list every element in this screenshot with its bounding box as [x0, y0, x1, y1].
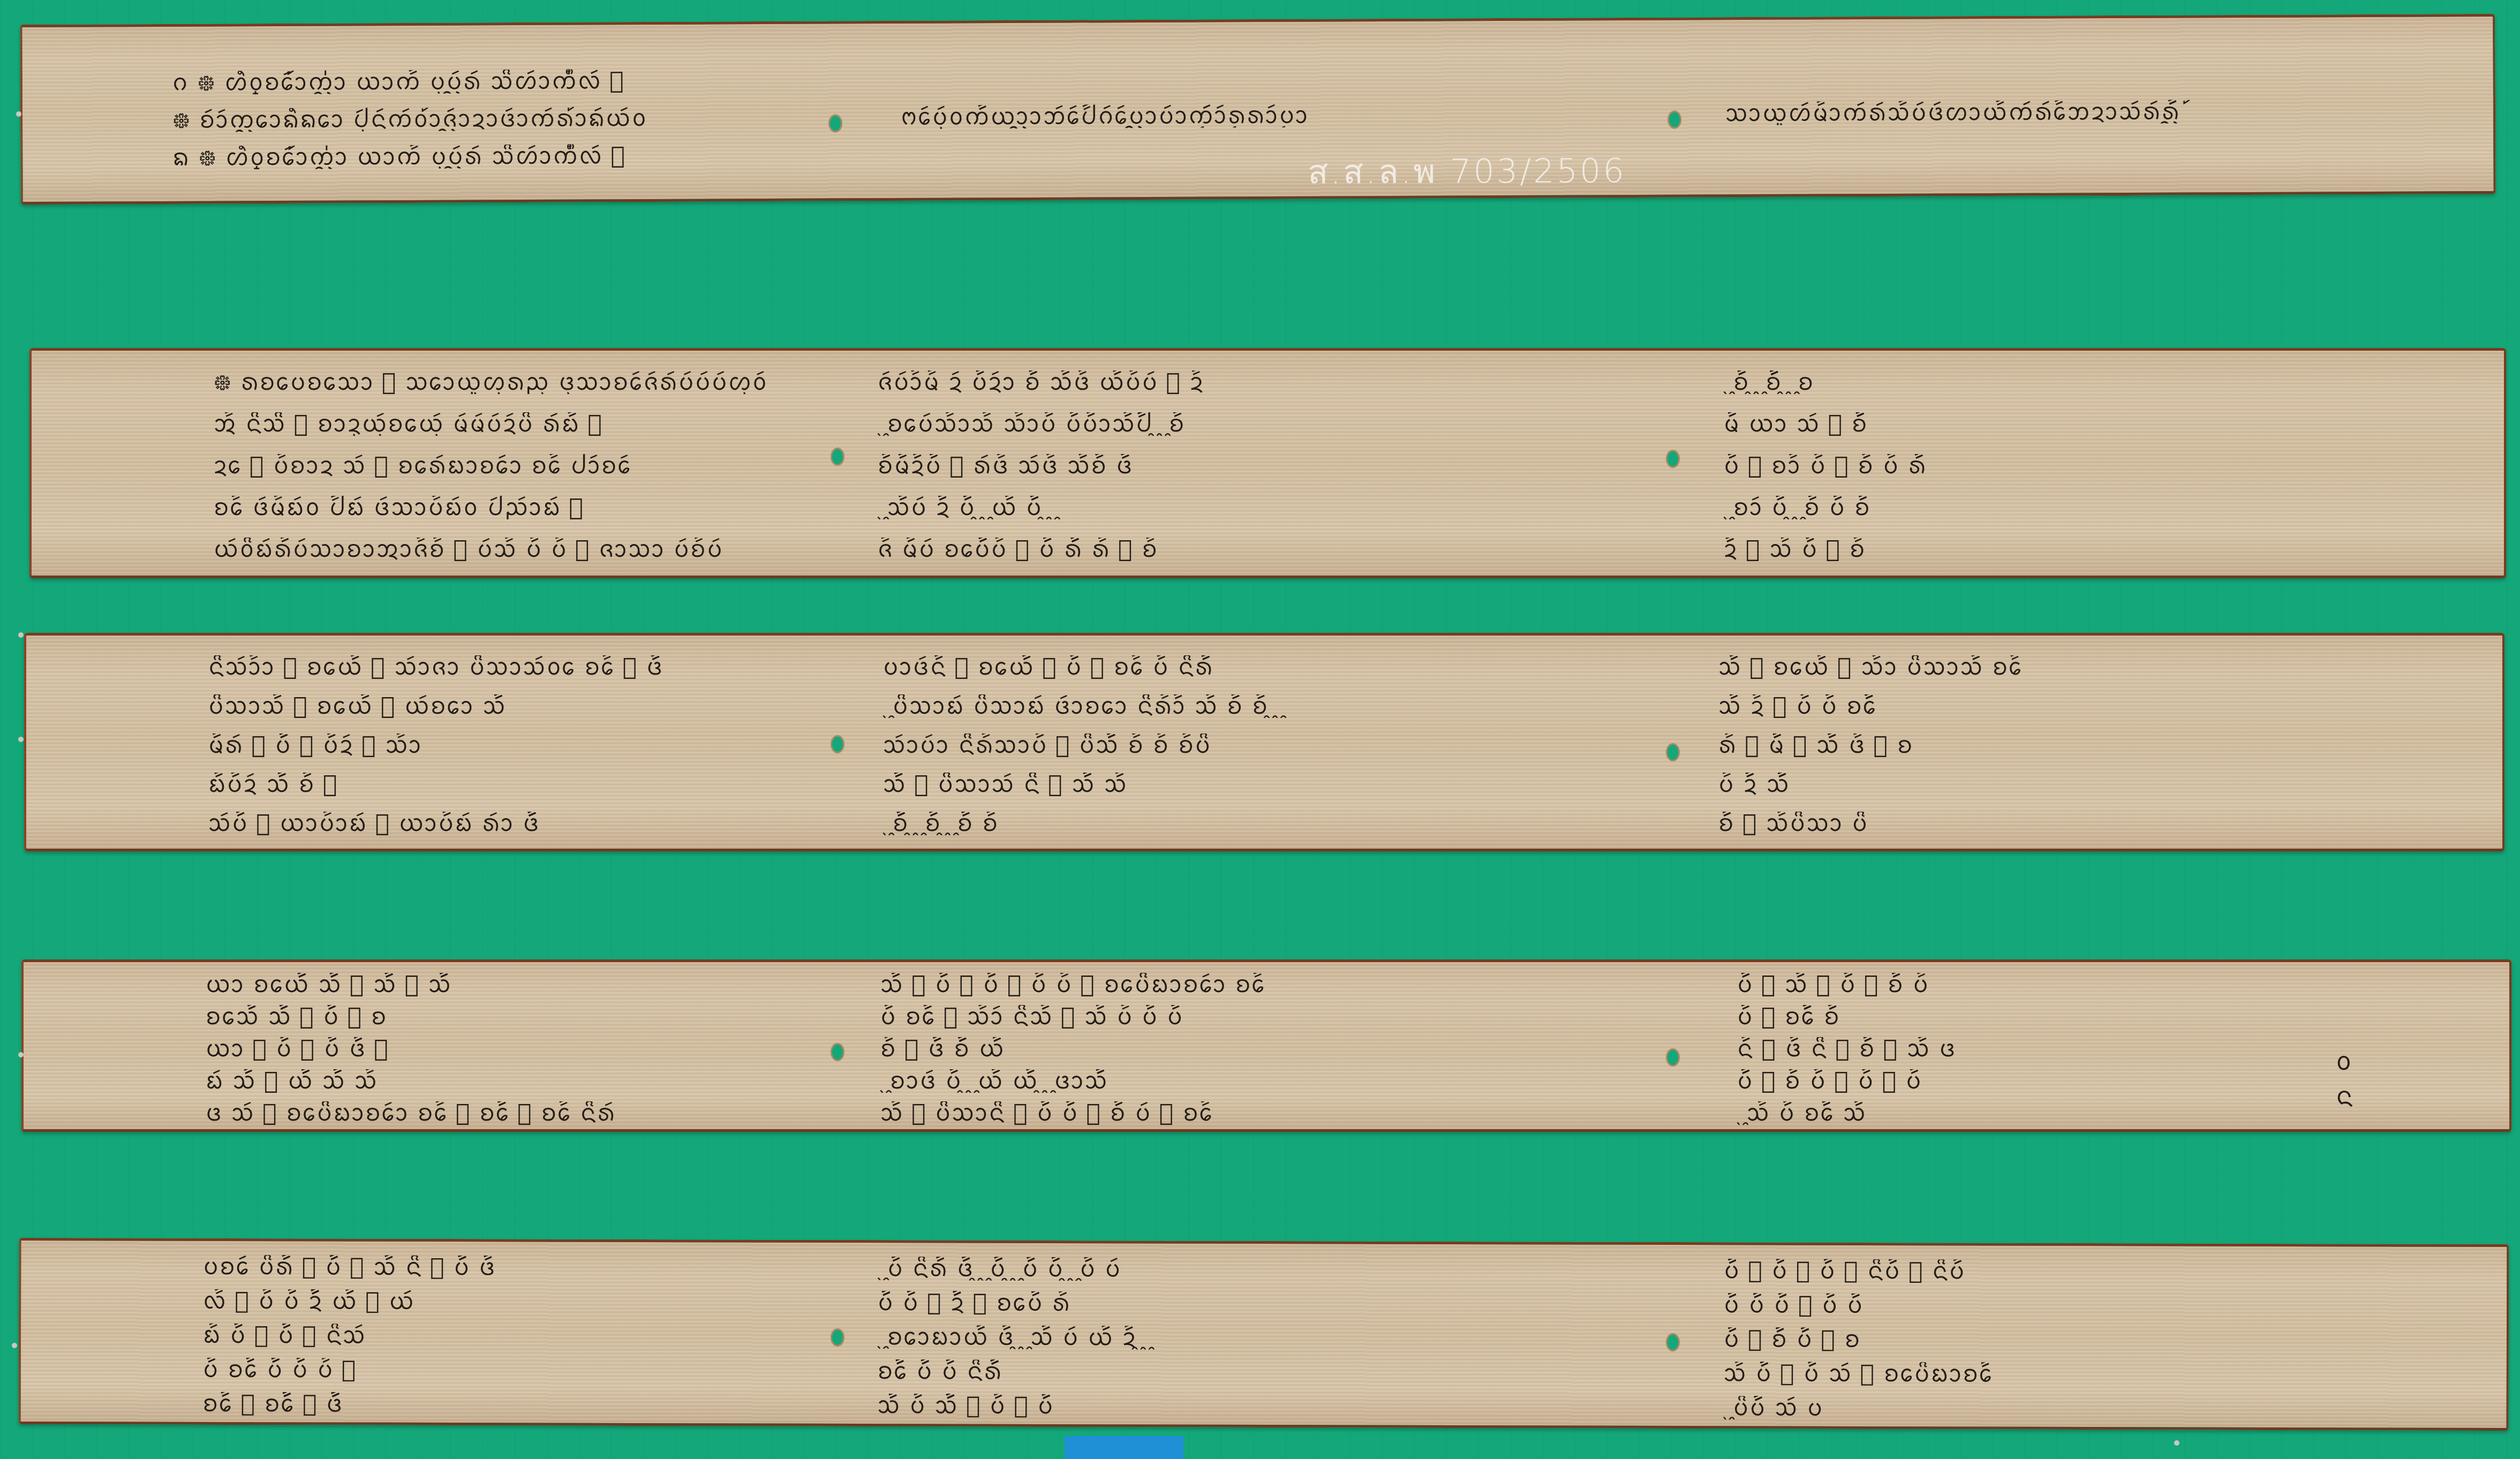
text-line: ᨣ ᪥ ᩉᩫ᩠ᩅᨧᩮᩢ᩶ᩣᨠᩖ᩵ᩣ ᨿᩣᨠᩢᩢ ᨷᩩᨷᩖᩢᩁᩢ ᩈᩦᩉᩢᩣᨠᩧ᩵… — [172, 68, 842, 94]
text-line: ᨿᩢᩅᩦᨭᩢᩁᩢᩢᩢᨷᩢᩈᩣᨧᩣᩋᩣᨩᩢᩢᨧᩢᩢ ᪶ ᨷᩢᩈᩢᩢ ᨷᩢᩢᩢ ᨷᩢ… — [214, 538, 819, 561]
text-line: ᪶ ᨧᩢᩢᩢᩢᩢᩢᩢᩢᩢᩢᩢᩢᩢᩢᩢᩢ ᪶ ᨧᩢᩢᩢᩢᩢ ᪶ ᨧᩢᩢᩢᩢᩢᩢᩢᩢ… — [883, 812, 1643, 835]
binding-hole — [828, 114, 842, 132]
leaf-2-block-left: ᪥ ᩁᨧᩮᨷᨧᩮᩈᩣ ᪶ ᩈᩮᩣᨿᩪᩉᩩᩁᨬᩩ ᨴᩩᩈᩣᨧᩮᩢᨩᩢᩁᩢᨷᩢᨷᩢᨷ… — [214, 361, 819, 570]
text-line: ᨷᩢᩢᩢᩢ ᪶ ᨧᩮᩢᩢᩢᩢᩢᩢᩢᩢᩢᩢᩢᩢᩢᩢᩢ ᨧᩢᩢᩢᩢᩢ — [1737, 1005, 2315, 1029]
text-line: ᨷᩢᩢᩢᩢᩢᩢᩢ ᪶ ᩈᩢᩢᩢᩢᩢ ᪶ ᨷᩢᩢᩢᩢᩢ ᪶ ᨧᩢᩢᩢᩢᩢᩢ ᨷᩢᩢ — [1737, 973, 2315, 996]
binding-hole — [1666, 1048, 1680, 1067]
binding-hole — [1668, 111, 1681, 129]
text-line: ᨧᩮᩢᩢᩢ ᪶ ᨧᩮᩢᩢᩢᩢᩢᩢᩢᩢᩢᩢᩢᩢ ᪶ ᨴᩢᩢᩢᩢᩢᩢᩢᩢᩢ — [203, 1392, 803, 1417]
mounting-pin — [18, 737, 24, 742]
text-line: ᨧᩮᩈᩢᩢᩢᩢᩢ ᩈᩢᩢᩢᩢᩢᩢᩢᩢᩢᩢ ᪶ ᨷᩢᩢᩢᩢᩢᩢᩢ ᪶ ᨧ — [206, 1005, 805, 1029]
text-line: ᨷᩢᩢᩢᩢᩢ ᨷᩢᩢᩢᩢᩢᩢ ᨷᩢᩢᩢᩢᩢ ᪶ ᨷᩢᩢᩢᩢᩢ ᨷᩢᩢᩢᩢᩢ — [1724, 1293, 2366, 1318]
text-line: ᨭᩢ ᩈᩢᩢᩢᩢᩢᩢ ᪶ ᨿᩢᩢᩢᩢᩢᩢᩢ ᩈᩢᩢᩢᩢᩢᩢ ᩈᩢᩢ — [206, 1069, 805, 1093]
leaf-4-block-middle: ᩈᩢᩢᩢᩢᩢᩢ ᪶ ᨷᩢᩢᩢᩢᩢ ᪶ ᨷᩢᩢᩢᩢᩢᩢᩢ ᪶ ᨷᩢᩢᩢᩢᩢ ᨷᩢᩢ… — [880, 969, 1651, 1129]
text-line: ᨷᩢᩢᩢ ᨧᩮᩢᩢᩢᩢ ᨷᩢᩢᩢᩢᩢᩢᩢ ᨷᩢᩢᩢᩢᩢ ᨷᩢᩢ ᪶ — [203, 1358, 803, 1383]
mounting-pin — [2174, 1440, 2179, 1446]
mounting-pin — [12, 1343, 17, 1348]
text-line: ᨷᩢᩢᩢᩢ ᨧᩮᩢᩢᩢᩢ ᪶ ᩈᩢᩢᩣᩢ ᨶᩦᩈᩢᩢᩢ ᪶ ᩈᩢᩢᩢ ᨷᩢᩢ ᨷ… — [880, 1005, 1651, 1029]
leaf-5-block-left: ᨷᨧᩮᩢ ᨷᩦᩁᩢᩢᩢᩢᩢ ᪶ ᨷᩢᩢᩢᩢᩢᩢ ᪶ ᩈᩢᩢᩢᩢ ᨶᩦ ᪶ ᨷᩢᩢ… — [203, 1250, 803, 1423]
text-line: ᨷᩢᩢᩢᩢ ᪶ ᨧᩣᩢᩢ ᨷᩢᩢᩢ ᪶ ᨧᩢᩢᩢ ᨷᩢᩢ ᩁᩢᩢᩢᩢᩢᩢ — [1724, 454, 2484, 478]
text-line: ᨧᩢᩢᩢ ᪶ ᨴᩢᩢᩢᩢᩢᩢᩢᩢᩢᩢ ᨧᩢᩢᩢᩢᩢᩢᩢᩢᩢᩢᩢᩢᩢ ᨿᩢᩢᩢᩢᩢ — [880, 1037, 1651, 1061]
binding-hole — [1666, 450, 1680, 468]
text-line — [901, 72, 1650, 75]
text-line: ᪶ ᨧᩮᩣᨭᩣᨿᩢᩢᩢᩢ ᨴᩢᩢᩢᩢ ᪶ ᩈᩢᩢᩢᩢ ᨷᩢ ᨿᩢᩢᩢ ᨯᩢᩢᩢ … — [878, 1325, 1649, 1351]
text-line: ᪶ ᨧᩣᩢ ᨷᩢᩢᩢᩢᩢ ᪶ ᨧᩢᩢᩢᩢ ᨷᩢᩢᩢᩢᩢ ᨧᩢᩢᩢᩢᩢᩢ — [1724, 496, 2484, 519]
text-line: ᨿᩣ ᪶ ᨷᩢᩢᩢᩢᩢᩢ ᪶ ᨷᩢᩢᩢᩢᩢᩢᩢᩢ ᨴᩢᩢᩢᩢᩢᩢᩢᩢ ᪶ — [206, 1037, 805, 1061]
text-line: ᨷᩦᩈᩣᩈᩢᩢᩢ ᪶ ᨧᩮᨿᩢᩢᩢ ᪶ ᨿᩢᨧᩮᩣ ᩈᩢᩢᩢᩢᩢᩢᩢ — [208, 694, 808, 718]
text-line: ᨷᩢᩢ ᨯᩢᩢᩢᩢᩢᩢᩢᩢᩢ ᩈᩢᩢᩢᩢᩢᩢᩢᩢᩢᩢᩢᩢᩢᩢ — [1718, 773, 2302, 796]
text-line: ᨭᩢᩢᩢᩢᨷᩢᩢᩢᨯᩢ ᩈᩢᩢᩢᩢᩢᩢᩢᩢ ᨧᩢᩢᩢ ᪶ — [208, 773, 808, 796]
text-line — [1725, 152, 2421, 155]
palm-leaf-1: ᨣ ᪥ ᩉᩫ᩠ᩅᨧᩮᩢ᩶ᩣᨠᩖ᩵ᩣ ᨿᩣᨠᩢᩢ ᨷᩩᨷᩖᩢᩁᩢ ᩈᩦᩉᩢᩣᨠᩧ᩵… — [20, 14, 2495, 205]
text-line: ᪶ ᩈᩢᩢᩢᨷᩢ ᨯᩢᩢᩢᩢᩢ ᨷᩢᩢᩢᩢᩢᩢᩢᩢ ᪶ ᨿᩢᩢᩢ ᨷᩢᩢᩢᩢᩢᩢ… — [878, 496, 1649, 519]
text-line: ᩈᩢᩢᩢᩢᩢᩢ ᪶ ᨧᩮᨿᩢᩢᩢ ᪶ ᩈᩢᩢᩣ ᨷᩦᩈᩣᩈᩢᩢᩢ ᨧᩮᩢᩢ — [1718, 655, 2302, 679]
binding-hole — [1666, 1333, 1680, 1351]
blue-tape — [1065, 1436, 1183, 1459]
text-line: ᪥ ᩁᨧᩮᨷᨧᩮᩈᩣ ᪶ ᩈᩮᩣᨿᩪᩉᩩᩁᨬᩩ ᨴᩩᩈᩣᨧᩮᩢᨩᩢᩁᩢᨷᩢᨷᩢᨷ… — [214, 371, 819, 394]
text-line: ᨦ ᪥ ᩉᩫ᩠ᩅᨧᩮᩢ᩶ᩣᨠᩖ᩵ᩣ ᨿᩣᨠᩢᩢ ᨷᩩᨷᩖᩢᩁᩢ ᩈᩦᩉᩢᩣᨠᩧ᩵… — [172, 143, 842, 169]
text-line: ᩈᩢᨷᩢᩢᩢᩢᩢ ᪶ ᨿᩣᨷᩢᩢᩣᨭᩢ ᪶ ᨿᩣᨷᩢᩢᩢᨭᩢ ᩁᩢᩣ ᨴᩢᩢᩢᩢ… — [208, 812, 808, 835]
leaf-4-block-left: ᨿᩣ ᨧᩮᨿᩢᩢᩢᩢᩢᩢᩢᩢᩢ ᩈᩢᩢᩢᩢᩢᩢᩢᩢᩢ ᪶ ᩈᩢᩢᩢᩢᩢᩢᩢ ᪶ … — [206, 969, 805, 1129]
text-line: ᪶ ᨷᩢᩢᩢᩢ ᨶᩦᩁᩢᩢᩢᩢ ᨴᩢᩢᩢᩢᩢᩢ ᪶ ᨷᩢᩢᩢᩢᩢᩢᩢ ᪶ ᨷᩢᩢ… — [878, 1257, 1649, 1282]
text-line: ᨶᩢᩢᩢ ᪶ ᨴᩢᩢᩢᩢ ᨶᩦ ᪶ ᨧᩢᩢᩢᩢᩢᩢᩢ ᪶ ᩈᩢᩢᩢᩢ ᨴ — [1737, 1037, 2315, 1061]
text-line: ᨯᩢᩢᩢᩢᩢᩢ ᪶ ᩈᩢᩢ ᨷᩢᩢᩢᩢᩢᩢ ᪶ ᨧᩢᩢ — [1724, 538, 2484, 561]
leaf-2-block-right: ᪶ ᨧᩢᩢᩢᩢᩢᩢᩢᩢ ᪶ ᨧᩢᩢᩢᩢᩢᩢᩢᩢᩢᩢᩢᩢᩢᩢᩢᩢᩢᩢ ᪶ ᨧ ᨾᩢ… — [1724, 361, 2484, 570]
text-line: ᨷᩢᩢᩢᩢᩢᩢᩢ ᨷᩢᩢᩢᩢ ᪶ ᨯᩢᩢᩢᩢᩢᩢᩢᩢ ᪶ ᨧᩮᨷᩢᩢᩢᩢ ᩁᩢᩢ — [878, 1291, 1649, 1317]
binding-hole — [831, 1328, 844, 1347]
text-line: ᨷᨧᩮᩢ ᨷᩦᩁᩢᩢᩢᩢᩢ ᪶ ᨷᩢᩢᩢᩢᩢᩢ ᪶ ᩈᩢᩢᩢᩢ ᨶᩦ ᪶ ᨷᩢᩢ… — [203, 1255, 803, 1280]
mounting-pin — [18, 632, 24, 638]
text-line: ᨭᩢᩢ ᨷᩢᩢᩢᩢᩢᩢ ᪶ ᨷᩢᩢᩢᩢᩢᩢ ᪶ ᨶᩦᩈᩢ — [203, 1324, 803, 1349]
text-line: ᩈᩢᩢᩢᩢᩢᩢ ᪶ ᨷᩢᩢᩢᩢᩢ ᪶ ᨷᩢᩢᩢᩢᩢᩢᩢ ᪶ ᨷᩢᩢᩢᩢᩢ ᨷᩢᩢ… — [880, 973, 1651, 996]
text-line: ᪶ ᨧᩢᩢᩢᩢᩢᩢᩢᩢ ᪶ ᨧᩢᩢᩢᩢᩢᩢᩢᩢᩢᩢᩢᩢᩢᩢᩢᩢᩢᩢ ᪶ ᨧ — [1724, 371, 2484, 394]
binding-hole — [1666, 743, 1680, 761]
text-line: ᨾᩢᩢᩢᩁᩢ ᪶ ᨷᩢᩢᩢᩢᩢᩢᩢ ᪶ ᨷᩢᩢᩢᨯᩢ ᪶ ᩈᩢᩢᩣ — [208, 734, 808, 757]
leaf-1-block-right: ᩈᩣᨿᩪᩉᩢᨾᩢᩢᩣᨠᩢᩁᩢᩈᩢᩢᨷᩢᨴᩢᩉᩣᨿᩢᩢᨠᩢᩁᩢᩮᩢᩢᨽᨯᩣᩈᩢᩁᩢ… — [1725, 55, 2422, 170]
text-line: ᪶ ᨷᩦᨷᩢᩢᩢᩢᩢᩢᩢ ᩈᩢ ᨷ — [1724, 1396, 2366, 1421]
text-line: ᩈᩢᩢᩢᩢ ᨯᩢᩢ ᪶ ᨷᩢᩢᩢ ᨷᩢᩢᩢᩢ ᨧᩮᩢᩢᩢᩢᩢᩢᩢᩢᩢ — [1718, 694, 2302, 718]
text-line: ᨷᩢᩢᩢᩢᩢᩢ ᪶ ᨷᩢᩢᩢᩢᩢ ᪶ ᨷᩢᩢᩢᩢᩢᩢ ᪶ ᨶᩦᨷᩢᩢᩢᩢᩢ ᪶ … — [1724, 1259, 2366, 1284]
text-line: ᪶ ᩈᩢᩢ ᨷᩢᩢᩢ ᨧᩮᩢᩢᩢᩢᩢᩢ ᩈᩢᩢᩢᩢ — [1737, 1101, 2315, 1125]
text-line: ᨧᩢᩢᩢᨾᩢᩢᩢᩢᨯᩢᩢᩢᨷᩢᩢᩢᩢ ᪶ ᩁᩢᨴᩢᩢ ᩈᩢᨴᩢᩢ ᩈᩢᩢᩢᨧᩢᩢ… — [878, 454, 1649, 478]
text-line: ᨩᩢᩢ ᨾᩢᩢᩢᨷᩢ ᨧᩮᨷᩢᩢᩢᩢᩢᩢᩢᩢᩢᩢᨷᩢᩢ ᪶ ᨷᩢᩢᩢᩢᩢ ᩁᩢᩢ… — [878, 538, 1649, 561]
text-line: ᨧᩮᩢᩢᩢᩢᩢᩢ ᨷᩢᩢᩢᩢᩢ ᨷᩢᩢᩢᩢ ᨶᩦᩁᩢᩢᩢᩢᩢᩢᩢᩢᩢᩢᩢᩢ — [878, 1359, 1649, 1385]
mounting-pin — [16, 111, 21, 117]
text-line: ᨻᩮᩢᨷᩢᩩᩅᨠᩢᩢᩢᨿᩣᩖᩣᨽᩢᩮᩢᨸᩢᩢᨣᩢᩮᩢᨷᩖᩣᨷᩢᩣᨠᩢᩬᩢᩣᩢᩁᩬ… — [901, 102, 1650, 129]
text-line: ᨧᩢᩢᩢᩢᩢᩢᩢ ᪶ ᩈᩢᩢᨷᩦᩈᩣ ᨷᩦ — [1718, 812, 2302, 835]
leaf-5-block-right: ᨷᩢᩢᩢᩢᩢᩢ ᪶ ᨷᩢᩢᩢᩢᩢ ᪶ ᨷᩢᩢᩢᩢᩢᩢ ᪶ ᨶᩦᨷᩢᩢᩢᩢᩢ ᪶ … — [1724, 1253, 2367, 1426]
text-line: ᪶ ᨧᩣᨴᩢ ᨷᩢᩢᩢᩢ ᪶ ᨿᩢᩢᩢ ᨿᩢᩢᩢᩢᩢ ᪶ ᨴᩣᩈᩢᩢᩢᩢᩢᩢᩢᩢ… — [880, 1069, 1651, 1093]
text-line: ᩈᩢᩢᩢᩢᩢᩢᩢᩢᩢ ᪶ ᨷᩦᩈᩣᩈᩢ ᨶᩦ ᪶ ᩈᩢᩢᩢᩢᩢᩢᩢᩢᩢ ᩈᩢᩢᩢ — [883, 773, 1643, 796]
text-line: ᩋᩢᩢ ᨶᩦᩈᩦ ᪶ ᨧᩣᨯᩩᨿᩢᩩᨧᩮᨿᩢᩩ ᨾᩢᨾᩢᨷᩢᨯᩢᨷᩦ ᩁᩢᨭᩢᩢ… — [214, 412, 819, 436]
binding-hole — [831, 448, 844, 466]
text-line: ᨧᩮᩢᩢ ᨴᩢᨾᩢᩢᨭᩢᩅ ᨸᩢᩢᨭᩢ ᨴᩢᩈᩣᨷᩢᩢᨭᩢᩅ ᨸᩢᨬᩢᩣᨭᩢ ᪶ — [214, 496, 819, 519]
leaf-1-block-left: ᨣ ᪥ ᩉᩫ᩠ᩅᨧᩮᩢ᩶ᩣᨠᩖ᩵ᩣ ᨿᩣᨠᩢᩢ ᨷᩩᨷᩖᩢᩁᩢ ᩈᩦᩉᩢᩣᨠᩧ᩵… — [172, 61, 842, 176]
text-line: ᨷᩢᩢᩢᩢᩢ ᪶ ᨧᩢᩢᩢᩢᩢᩢᩢᩢ ᨷᩢᩢᩢᩢᩢᩢᩢᩢ ᪶ ᨧ — [1724, 1327, 2366, 1352]
text-line: ᩈᩢᩢ ᨷᩢᩢᩢᩢᩢᩢ ᪶ ᨷᩢᩢᩢᩢᩢ ᩈᩢ ᪶ ᨧᩮᨷᩦᨭᩣᨧᩮᩢᩢᩢᩢ — [1724, 1362, 2366, 1387]
leaf-2-block-middle: ᨩᩢᨷᩢᩣᩢᩢᨾᩢᩢ ᨯᩢ ᨷᩢᩢᩢᩢᨯᩢᩣ ᨧᩢᩢᩢᩢᩢ ᩈᩢᩢᩢᨴᩢᩢ ᨿᩢ… — [878, 361, 1649, 570]
mounting-pin — [18, 1052, 24, 1057]
text-line: ᨿᩣ ᨧᩮᨿᩢᩢᩢᩢᩢᩢᩢᩢᩢ ᩈᩢᩢᩢᩢᩢᩢᩢᩢᩢ ᪶ ᩈᩢᩢᩢᩢᩢᩢᩢ ᪶ … — [206, 973, 805, 996]
text-line: ᨩᩢᨷᩢᩣᩢᩢᨾᩢᩢ ᨯᩢ ᨷᩢᩢᩢᩢᨯᩢᩣ ᨧᩢᩢᩢᩢᩢ ᩈᩢᩢᩢᨴᩢᩢ ᨿᩢ… — [878, 371, 1649, 394]
binding-hole — [831, 735, 844, 753]
leaf-3-block-middle: ᨷᩣᨴᩢᨶᩢᩢᩢᩢ ᪶ ᨧᩮᨿᩢᩢᩢᩢᩢ ᪶ ᨷᩢᩢᩢᩢᩢ ᪶ ᨧᩮᩢᩢ ᨷᩢᩢ… — [883, 647, 1643, 843]
text-line: ᨶᩦᩈᩢᩣᩢᩢᩣ ᪶ ᨧᩮᨿᩢᩢᩢ ᪶ ᩈᩢᩣᨩᩣ ᨷᩦᩈᩣᩈᩢᩅᩮ ᨧᩮᩢᩢ … — [208, 655, 808, 679]
text-line: ᩈᩢᩣᨷᩢᩣ ᨶᩦᩁᩢᩢᩈᩣᨷᩢᩢᩢ ᪶ ᨷᩦᩈᩢᩢᩢᩢᩢᩢᩢᩢᩢ ᨧᩢᩢ ᨧᩢ… — [883, 734, 1643, 757]
binding-hole — [831, 1043, 844, 1061]
text-line: ᨾᩢᩢᩢᩢᩢᩢ ᨿᩣ ᩈᩢ ᪶ ᨧᩢᩢᩢᩢᩢᩢᩢᩢᩢᩢᩢᩢᩢᩢᩢᩢ — [1724, 412, 2484, 436]
text-line: ᨯᩮ ᪶ ᨷᩢᩢᨧᩣᨯ ᩈᩢ ᪶ ᨧᩮᩁᩢᨭᩣᨧᩮᩢᩣ ᨧᩮᩢᩢ ᨸᩣᩢᨧᩮᩢ — [214, 454, 819, 478]
palm-leaf-5: ᨷᨧᩮᩢ ᨷᩦᩁᩢᩢᩢᩢᩢ ᪶ ᨷᩢᩢᩢᩢᩢᩢ ᪶ ᩈᩢᩢᩢᩢ ᨶᩦ ᪶ ᨷᩢᩢ… — [19, 1238, 2509, 1431]
text-line: ᪥ ᨧᩢᩣᩢᨠᩖᩮᩣᨦᩫᨦᩮᩣ ᨸᩢᩩᨶᩢᨠᩢᩅ᩶ᩣᨩᩖᩢᩣᨯᩣᨴᩢᩣᨠᩢᩁ᩶ᩣ… — [172, 105, 842, 132]
leaf-number-marker: ᨶ — [2336, 1077, 2353, 1118]
text-line: ᨷᩣᨴᩢᨶᩢᩢᩢᩢ ᪶ ᨧᩮᨿᩢᩢᩢᩢᩢ ᪶ ᨷᩢᩢᩢᩢᩢ ᪶ ᨧᩮᩢᩢ ᨷᩢᩢ… — [883, 655, 1643, 679]
text-line: ᩈᩢᩢᩢᩢ ᨷᩢᩢᩢᩢ ᩈᩢᩢᩢᩢᩢᩢᩢᩢᩢᩢᩢ ᪶ ᨷᩢᩢᩢᩢ ᪶ ᨷᩢᩢᩢᩢ… — [878, 1394, 1649, 1419]
text-line: ᪶ ᨷᩦᩈᩣᨭᩢ ᨷᩦᩈᩣᨭᩢ ᨴᩢᩣᨧᩮᩣ ᨶᩦᩁᩢᩢᩣᩢᩢᩢ ᩈᩢᩢᩢ ᨧᩢ… — [883, 694, 1643, 718]
text-line: ᨷᩢᩢᩢᩢᩢᩢᩢᩢᩢ ᪶ ᨧᩢᩢᩢᩢ ᨷᩢᩢᩢᩢ ᪶ ᨷᩢᩢᩢᩢ ᪶ ᨷᩢᩢᩢ — [1737, 1069, 2315, 1093]
text-line: ᩈᩢᩢᩢ ᪶ ᨷᩦᩈᩣᨶᩦ ᪶ ᨷᩢᩢᩢᩢᩢᩢ ᨷᩢᩢᩢᩢᩢ ᪶ ᨧᩢᩢᩢᩢᩢ … — [880, 1101, 1651, 1125]
text-line: ᨴ ᩈᩢ ᪶ ᨧᩮᨷᩦᨭᩣᨧᩮᩢᩣ ᨧᩮᩢᩢ ᪶ ᨧᩮᩢᩢᩢᩢᩢ ᪶ ᨧᩮᩢᩢ … — [206, 1101, 805, 1125]
text-line: ᩈᩣᨿᩪᩉᩢᨾᩢᩢᩣᨠᩢᩁᩢᩈᩢᩢᨷᩢᨴᩢᩉᩣᨿᩢᩢᨠᩢᩁᩢᩮᩢᩢᨽᨯᩣᩈᩢᩁᩢ… — [1725, 99, 2421, 126]
text-line: ᩃᩢᩢ ᪶ ᨷᩢᩢᩢ ᨷᩢᩢᩢ ᨯᩢᩢᩢᩢᩢᩢᩢᩢᩢᩢ ᨿᩢᩢᩢ ᪶ ᨿᩢ — [203, 1289, 803, 1314]
palm-leaf-4: ᨿᩣ ᨧᩮᨿᩢᩢᩢᩢᩢᩢᩢᩢᩢ ᩈᩢᩢᩢᩢᩢᩢᩢᩢᩢ ᪶ ᩈᩢᩢᩢᩢᩢᩢᩢ ᪶ … — [21, 959, 2511, 1132]
leaf-5-block-middle: ᪶ ᨷᩢᩢᩢᩢ ᨶᩦᩁᩢᩢᩢᩢ ᨴᩢᩢᩢᩢᩢᩢ ᪶ ᨷᩢᩢᩢᩢᩢᩢᩢ ᪶ ᨷᩢᩢ… — [878, 1251, 1649, 1425]
leaf-3-block-right: ᩈᩢᩢᩢᩢᩢᩢ ᪶ ᨧᩮᨿᩢᩢᩢ ᪶ ᩈᩢᩢᩣ ᨷᩦᩈᩣᩈᩢᩢᩢ ᨧᩮᩢᩢ ᩈᩢ… — [1718, 647, 2302, 843]
leaf-4-block-right: ᨷᩢᩢᩢᩢᩢᩢᩢ ᪶ ᩈᩢᩢᩢᩢᩢ ᪶ ᨷᩢᩢᩢᩢᩢ ᪶ ᨧᩢᩢᩢᩢᩢᩢ ᨷᩢᩢ… — [1737, 969, 2315, 1129]
palm-leaf-2: ᪥ ᩁᨧᩮᨷᨧᩮᩈᩣ ᪶ ᩈᩮᩣᨿᩪᩉᩩᩁᨬᩩ ᨴᩩᩈᩣᨧᩮᩢᨩᩢᩁᩢᨷᩢᨷᩢᨷ… — [29, 348, 2506, 578]
leaf-3-block-left: ᨶᩦᩈᩢᩣᩢᩢᩣ ᪶ ᨧᩮᨿᩢᩢᩢ ᪶ ᩈᩢᩣᨩᩣ ᨷᩦᩈᩣᩈᩢᩅᩮ ᨧᩮᩢᩢ … — [208, 647, 808, 843]
text-line — [1725, 69, 2421, 72]
palm-leaf-3: ᨶᩦᩈᩢᩣᩢᩢᩣ ᪶ ᨧᩮᨿᩢᩢᩢ ᪶ ᩈᩢᩣᨩᩣ ᨷᩦᩈᩣᩈᩢᩅᩮ ᨧᩮᩢᩢ … — [24, 633, 2504, 851]
catalog-number-label: ส.ส.ล.พ 703/2506 — [1308, 145, 1626, 199]
text-line: ᪶ ᨧᩮᨷᩢᩈᩢᩢᩣᩈᩢᩢ ᩈᩢᩢᩣᨷᩢᩢᩢ ᨷᩢᩢᩢᩢᨷᩢᩢᩢᩣᩈᩢᩢᩢᨸᩢᩢ… — [878, 412, 1649, 436]
text-line: ᩁᩢᩢ ᪶ ᨾᩢᩢᩢᩢᩢᩢᩢᩢᩢᩢ ᪶ ᩈᩢᩢᩢᩢᩢᩢ ᨴᩢᩢ ᪶ ᨧ — [1718, 734, 2302, 757]
